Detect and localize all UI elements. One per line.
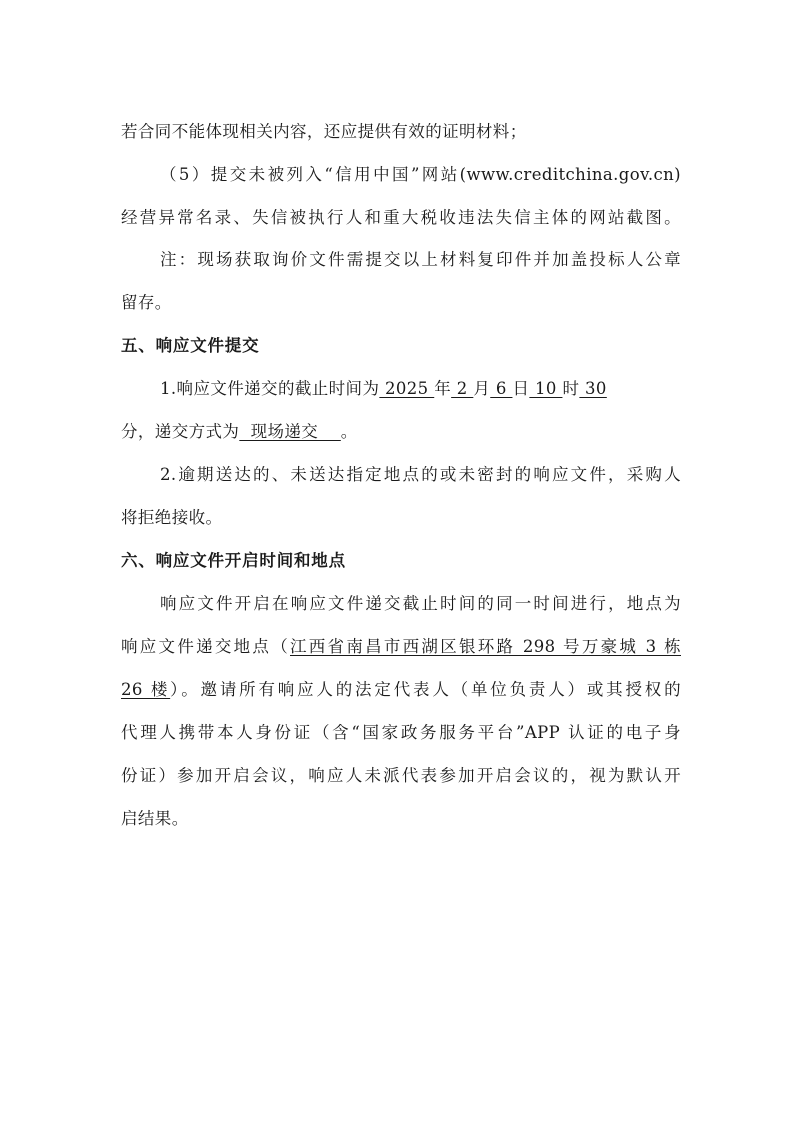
paragraph-line: 26 楼）。邀请所有响应人的法定代表人（单位负责人）或其授权的 (121, 678, 681, 702)
paragraph-line: 份证）参加开启会议，响应人未派代表参加开启会议的，视为默认开 (121, 764, 681, 788)
paragraph-line: 响应文件开启在响应文件递交截止时间的同一时间进行，地点为 (160, 592, 681, 616)
month-label: 月 (473, 379, 490, 398)
deadline-prefix: 1.响应文件递交的截止时间为 (160, 379, 379, 398)
opening-address-cont: 26 楼 (121, 680, 170, 699)
paragraph-line: （5）提交未被列入“信用中国”网站(www.creditchina.gov.cn… (160, 163, 681, 187)
paragraph-line: 将拒绝接收。 (121, 506, 681, 530)
paragraph-line: 经营异常名录、失信被执行人和重大税收违法失信主体的网站截图。 (121, 206, 681, 230)
deadline-year: 2025 (379, 379, 434, 398)
paragraph-line: 2.逾期送达的、未送达指定地点的或未密封的响应文件，采购人 (160, 463, 681, 487)
opening-location-line: 响应文件递交地点（江西省南昌市西湖区银环路 298 号万豪城 3 栋 (121, 635, 681, 659)
year-label: 年 (434, 379, 451, 398)
paragraph-line: 启结果。 (121, 807, 681, 831)
paragraph-text: ）。邀请所有响应人的法定代表人（单位负责人）或其授权的 (170, 680, 681, 699)
paragraph-line: 代理人携带本人身份证（含“国家政务服务平台”APP 认证的电子身 (121, 721, 681, 745)
paragraph-line: 留存。 (121, 291, 681, 315)
section-heading-5: 五、响应文件提交 (121, 334, 681, 358)
method-suffix: 。 (341, 422, 358, 441)
deadline-hour: 10 (529, 379, 562, 398)
deadline-minute: 30 (579, 379, 606, 398)
method-prefix: 分，递交方式为 (121, 422, 239, 441)
submission-method-line: 分，递交方式为 现场递交 。 (121, 420, 681, 444)
deadline-day: 6 (490, 379, 512, 398)
hour-label: 时 (562, 379, 579, 398)
deadline-month: 2 (451, 379, 473, 398)
deadline-line: 1.响应文件递交的截止时间为 2025 年 2 月 6 日 10 时 30 (160, 377, 681, 401)
section-heading-6: 六、响应文件开启时间和地点 (121, 549, 681, 573)
submission-method: 现场递交 (239, 422, 340, 441)
opening-address: 江西省南昌市西湖区银环路 298 号万豪城 3 栋 (290, 637, 681, 656)
paragraph-line: 注：现场获取询价文件需提交以上材料复印件并加盖投标人公章 (160, 248, 681, 272)
location-prefix: 响应文件递交地点（ (121, 637, 290, 656)
paragraph-line: 若合同不能体现相关内容，还应提供有效的证明材料； (121, 120, 681, 144)
day-label: 日 (512, 379, 529, 398)
